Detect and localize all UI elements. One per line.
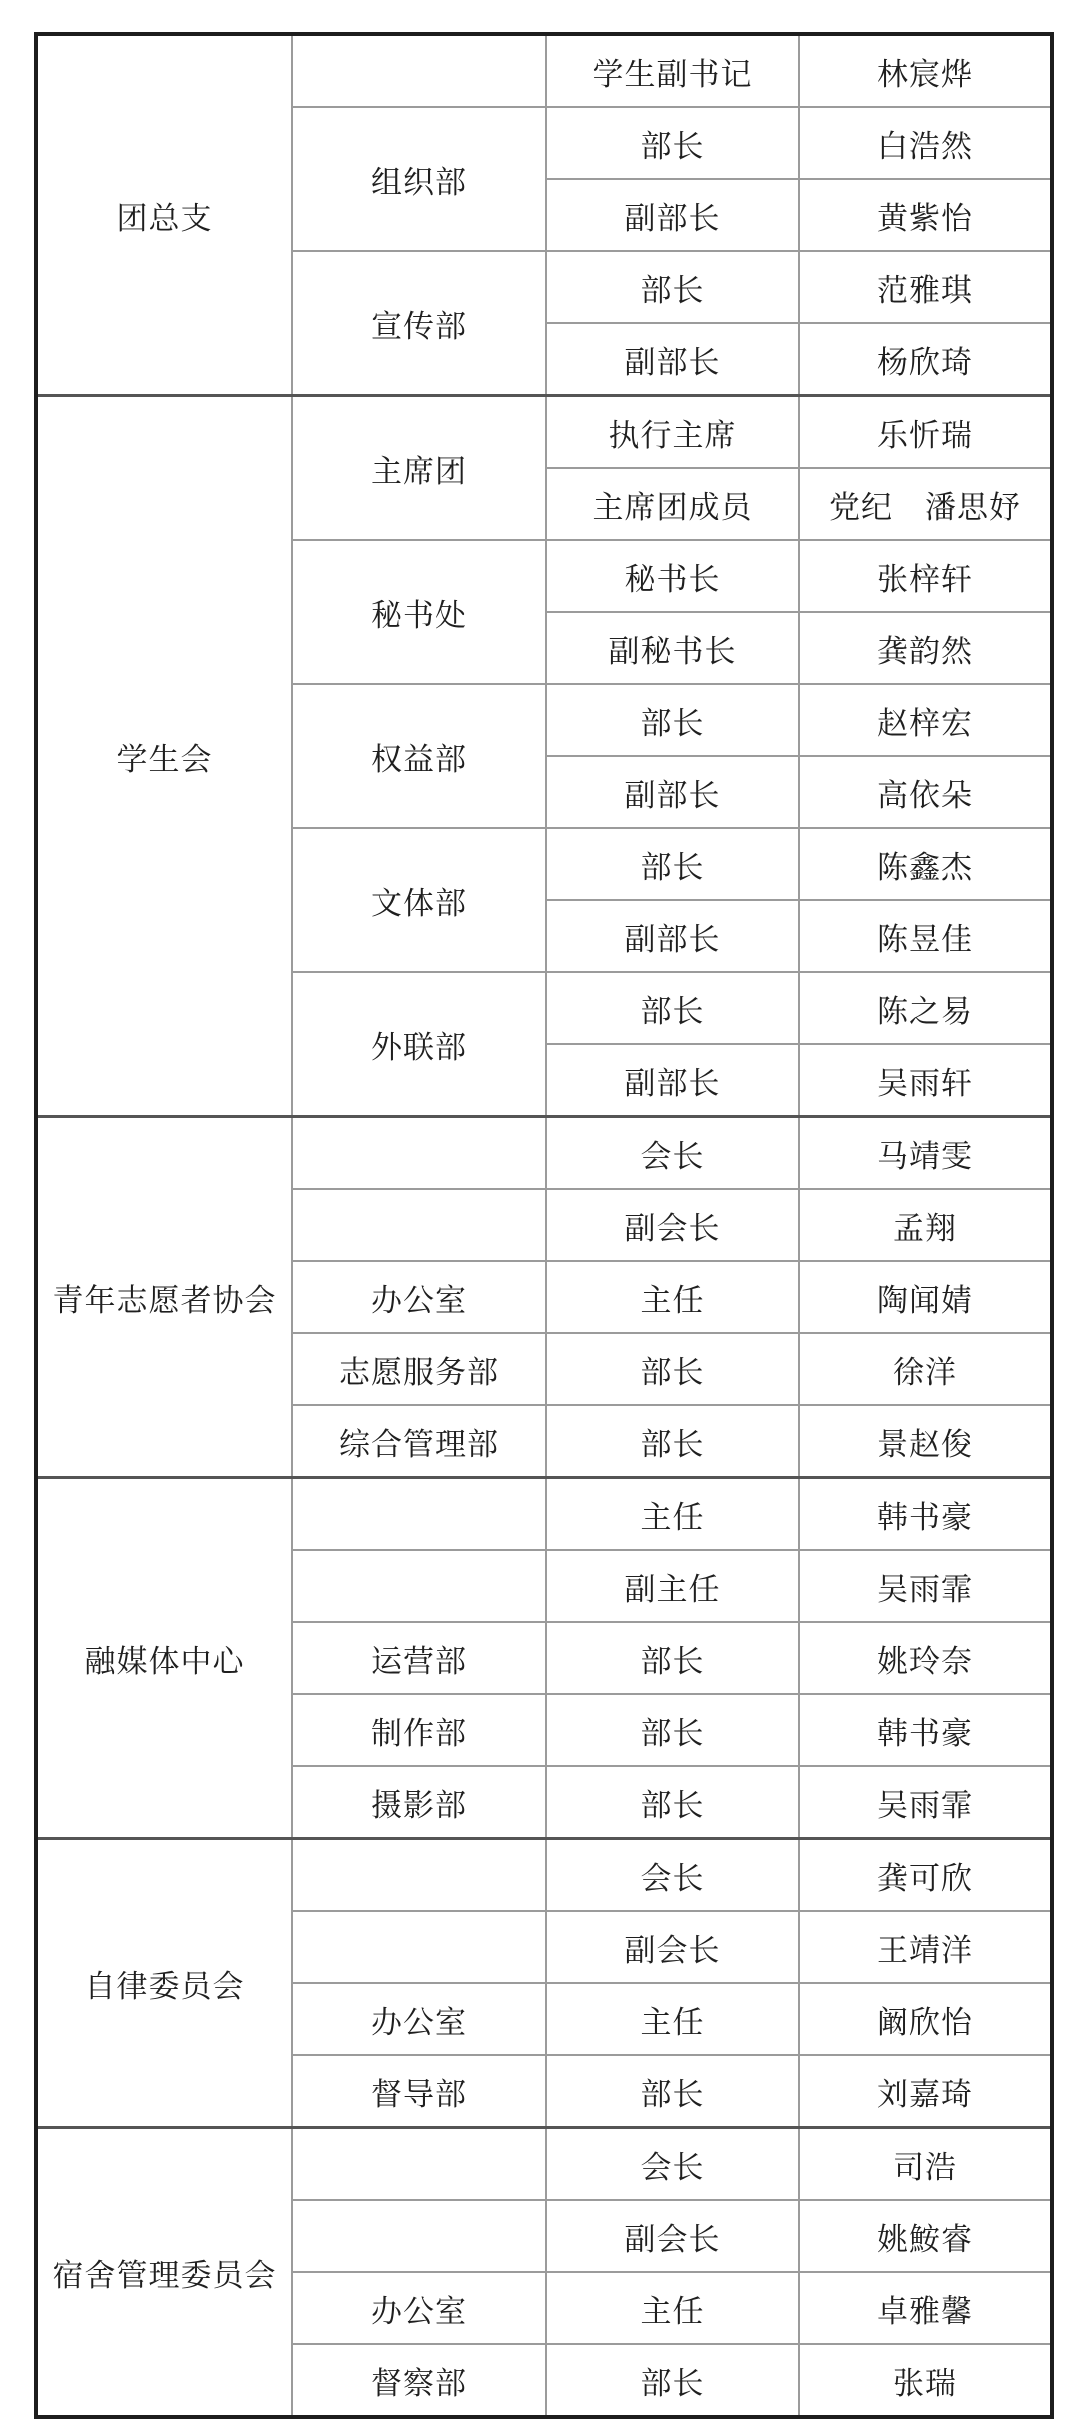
dept-cell xyxy=(292,1117,546,1190)
dept-cell: 制作部 xyxy=(292,1694,546,1766)
position-cell: 秘书长 xyxy=(546,540,799,612)
dept-cell: 督察部 xyxy=(292,2344,546,2417)
position-cell: 副主任 xyxy=(546,1550,799,1622)
position-cell: 副部长 xyxy=(546,323,799,396)
name-cell: 龚韵然 xyxy=(799,612,1052,684)
name-cell: 姚玲奈 xyxy=(799,1622,1052,1694)
name-cell: 林宸烨 xyxy=(799,34,1052,107)
position-cell: 会长 xyxy=(546,2128,799,2201)
position-cell: 副会长 xyxy=(546,1189,799,1261)
name-cell: 卓雅馨 xyxy=(799,2272,1052,2344)
name-cell: 陈之易 xyxy=(799,972,1052,1044)
position-cell: 主任 xyxy=(546,1261,799,1333)
name-cell: 乐忻瑞 xyxy=(799,396,1052,469)
dept-cell: 组织部 xyxy=(292,107,546,251)
dept-cell: 志愿服务部 xyxy=(292,1333,546,1405)
table-row: 青年志愿者协会会长马靖雯 xyxy=(36,1117,1052,1190)
name-cell: 刘嘉琦 xyxy=(799,2055,1052,2128)
position-cell: 执行主席 xyxy=(546,396,799,469)
position-cell: 学生副书记 xyxy=(546,34,799,107)
name-cell: 张梓轩 xyxy=(799,540,1052,612)
name-cell: 陶闻婧 xyxy=(799,1261,1052,1333)
position-cell: 会长 xyxy=(546,1117,799,1190)
position-cell: 副部长 xyxy=(546,900,799,972)
dept-cell: 宣传部 xyxy=(292,251,546,396)
dept-cell xyxy=(292,1839,546,1912)
dept-cell xyxy=(292,34,546,107)
table-row: 自律委员会会长龚可欣 xyxy=(36,1839,1052,1912)
name-cell: 吴雨霏 xyxy=(799,1766,1052,1839)
dept-cell xyxy=(292,1550,546,1622)
dept-cell: 外联部 xyxy=(292,972,546,1117)
position-cell: 部长 xyxy=(546,684,799,756)
dept-cell: 主席团 xyxy=(292,396,546,541)
name-cell: 吴雨轩 xyxy=(799,1044,1052,1117)
dept-cell: 秘书处 xyxy=(292,540,546,684)
name-cell: 高依朵 xyxy=(799,756,1052,828)
name-cell: 杨欣琦 xyxy=(799,323,1052,396)
org-cell: 学生会 xyxy=(36,396,292,1117)
position-cell: 部长 xyxy=(546,828,799,900)
position-cell: 部长 xyxy=(546,107,799,179)
org-roster-page: 团总支学生副书记林宸烨组织部部长白浩然副部长黄紫怡宣传部部长范雅琪副部长杨欣琦学… xyxy=(0,0,1080,2423)
name-cell: 白浩然 xyxy=(799,107,1052,179)
org-cell: 团总支 xyxy=(36,34,292,396)
position-cell: 部长 xyxy=(546,1622,799,1694)
position-cell: 副会长 xyxy=(546,2200,799,2272)
position-cell: 主席团成员 xyxy=(546,468,799,540)
name-cell: 司浩 xyxy=(799,2128,1052,2201)
name-cell: 景赵俊 xyxy=(799,1405,1052,1478)
dept-cell: 运营部 xyxy=(292,1622,546,1694)
org-cell: 自律委员会 xyxy=(36,1839,292,2128)
org-cell: 宿舍管理委员会 xyxy=(36,2128,292,2418)
position-cell: 部长 xyxy=(546,1333,799,1405)
dept-cell xyxy=(292,1478,546,1551)
name-cell: 阚欣怡 xyxy=(799,1983,1052,2055)
position-cell: 副秘书长 xyxy=(546,612,799,684)
name-cell: 孟翔 xyxy=(799,1189,1052,1261)
dept-cell: 文体部 xyxy=(292,828,546,972)
name-cell: 王靖洋 xyxy=(799,1911,1052,1983)
org-cell: 融媒体中心 xyxy=(36,1478,292,1839)
name-cell: 党纪 潘思妤 xyxy=(799,468,1052,540)
name-cell: 张瑞 xyxy=(799,2344,1052,2417)
dept-cell: 摄影部 xyxy=(292,1766,546,1839)
position-cell: 主任 xyxy=(546,1478,799,1551)
table-row: 宿舍管理委员会会长司浩 xyxy=(36,2128,1052,2201)
dept-cell: 办公室 xyxy=(292,1983,546,2055)
org-cell: 青年志愿者协会 xyxy=(36,1117,292,1478)
name-cell: 马靖雯 xyxy=(799,1117,1052,1190)
position-cell: 副会长 xyxy=(546,1911,799,1983)
name-cell: 陈鑫杰 xyxy=(799,828,1052,900)
position-cell: 部长 xyxy=(546,251,799,323)
dept-cell: 办公室 xyxy=(292,2272,546,2344)
position-cell: 副部长 xyxy=(546,179,799,251)
roster-body: 团总支学生副书记林宸烨组织部部长白浩然副部长黄紫怡宣传部部长范雅琪副部长杨欣琦学… xyxy=(36,34,1052,2417)
name-cell: 韩书豪 xyxy=(799,1694,1052,1766)
name-cell: 陈昱佳 xyxy=(799,900,1052,972)
dept-cell xyxy=(292,1189,546,1261)
dept-cell xyxy=(292,1911,546,1983)
position-cell: 部长 xyxy=(546,972,799,1044)
name-cell: 赵梓宏 xyxy=(799,684,1052,756)
position-cell: 副部长 xyxy=(546,756,799,828)
name-cell: 徐洋 xyxy=(799,1333,1052,1405)
name-cell: 姚鮟睿 xyxy=(799,2200,1052,2272)
dept-cell xyxy=(292,2128,546,2201)
name-cell: 黄紫怡 xyxy=(799,179,1052,251)
dept-cell: 综合管理部 xyxy=(292,1405,546,1478)
position-cell: 主任 xyxy=(546,1983,799,2055)
table-row: 融媒体中心主任韩书豪 xyxy=(36,1478,1052,1551)
position-cell: 部长 xyxy=(546,1405,799,1478)
table-row: 团总支学生副书记林宸烨 xyxy=(36,34,1052,107)
dept-cell xyxy=(292,2200,546,2272)
table-row: 学生会主席团执行主席乐忻瑞 xyxy=(36,396,1052,469)
name-cell: 吴雨霏 xyxy=(799,1550,1052,1622)
name-cell: 龚可欣 xyxy=(799,1839,1052,1912)
org-roster-table: 团总支学生副书记林宸烨组织部部长白浩然副部长黄紫怡宣传部部长范雅琪副部长杨欣琦学… xyxy=(34,32,1054,2419)
position-cell: 部长 xyxy=(546,2344,799,2417)
position-cell: 部长 xyxy=(546,1766,799,1839)
position-cell: 部长 xyxy=(546,1694,799,1766)
dept-cell: 办公室 xyxy=(292,1261,546,1333)
position-cell: 主任 xyxy=(546,2272,799,2344)
position-cell: 部长 xyxy=(546,2055,799,2128)
dept-cell: 督导部 xyxy=(292,2055,546,2128)
dept-cell: 权益部 xyxy=(292,684,546,828)
name-cell: 范雅琪 xyxy=(799,251,1052,323)
name-cell: 韩书豪 xyxy=(799,1478,1052,1551)
position-cell: 副部长 xyxy=(546,1044,799,1117)
position-cell: 会长 xyxy=(546,1839,799,1912)
